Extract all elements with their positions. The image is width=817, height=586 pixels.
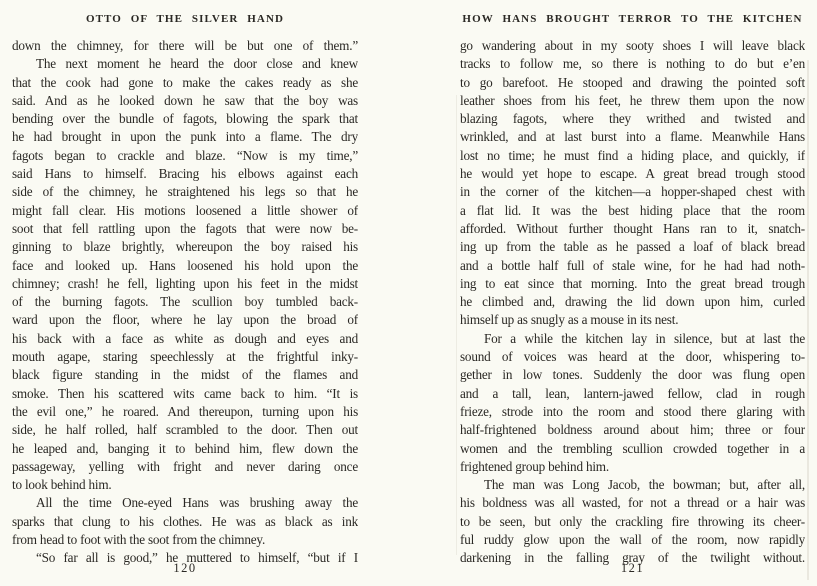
- text-line: in the corner of the kitchen—a hopper-sh…: [460, 183, 805, 201]
- running-header-left: OTTO OF THE SILVER HAND: [12, 13, 358, 25]
- page-number-right: 121: [460, 561, 805, 576]
- text-line: ward upon the floor, where he lay upon t…: [12, 311, 358, 329]
- text-line: blazing fagots, where they writhed and t…: [460, 110, 805, 128]
- text-line: he had brought in upon the punk into a f…: [12, 128, 358, 146]
- text-line: passageway, yelling with fright and neve…: [12, 458, 358, 476]
- text-line: his back with a face as white as dough a…: [12, 330, 358, 348]
- body-text-left: down the chimney, for there will be but …: [12, 37, 358, 568]
- text-line: All the time One-eyed Hans was brushing …: [12, 494, 358, 512]
- text-line: and a bottle half full of stale wine, fo…: [460, 257, 805, 275]
- text-line: lost no time; he must find a hiding plac…: [460, 147, 805, 165]
- text-line: The next moment he heard the door close …: [12, 55, 358, 73]
- text-line: women and the trembling scullion crowded…: [460, 440, 805, 458]
- text-line: afforded. Without further thought Hans r…: [460, 220, 805, 238]
- text-line: soot that fell rattling upon the fagots …: [12, 220, 358, 238]
- text-line: smoke. Then his scattered wits came back…: [12, 385, 358, 403]
- running-header-right: HOW HANS BROUGHT TERROR TO THE KITCHEN: [460, 13, 805, 25]
- text-line: sparks that clung to his clothes. He was…: [12, 513, 358, 531]
- text-line: of the burning fagots. The scullion boy …: [12, 293, 358, 311]
- text-line: mouth agape, staring speechlessly at the…: [12, 348, 358, 366]
- page-edge-shadow: [807, 60, 809, 580]
- book-spread: OTTO OF THE SILVER HAND down the chimney…: [0, 0, 817, 586]
- left-page: OTTO OF THE SILVER HAND down the chimney…: [0, 0, 408, 586]
- text-line: half-frightened boldness around about hi…: [460, 421, 805, 439]
- text-line: that the cook had gone to make the cakes…: [12, 74, 358, 92]
- text-line: the evil one,” he roared. And thereupon,…: [12, 403, 358, 421]
- text-line: go wandering about in my sooty shoes I w…: [460, 37, 805, 55]
- gutter-shadow: [456, 95, 457, 555]
- text-line: he would yet hope to escape. A great bre…: [460, 165, 805, 183]
- text-line: he climbed and, drawing the lid down upo…: [460, 293, 805, 311]
- text-line: side, he half rolled, half scrambled to …: [12, 421, 358, 439]
- text-line: tracks to follow me, so there is nothing…: [460, 55, 805, 73]
- text-line: from head to foot with the soot from the…: [12, 531, 358, 549]
- text-line: frightened group behind him.: [460, 458, 805, 476]
- text-line: ful ruddy glow upon the wall of the room…: [460, 531, 805, 549]
- text-line: ginning to blaze brightly, whereupon the…: [12, 238, 358, 256]
- text-line: ing to eat since that morning. Into the …: [460, 275, 805, 293]
- text-line: himself up as snugly as a mouse in its n…: [460, 311, 805, 329]
- text-line: fagots began to crackle and blaze. “Now …: [12, 147, 358, 165]
- text-line: wrinkled, and at last burst into a flame…: [460, 128, 805, 146]
- text-line: and a tall, lean, lantern-jawed fellow, …: [460, 385, 805, 403]
- right-page: HOW HANS BROUGHT TERROR TO THE KITCHEN g…: [408, 0, 817, 586]
- text-line: bending over the bundle of fagots, blowi…: [12, 110, 358, 128]
- text-line: The man was Long Jacob, the bowman; but,…: [460, 476, 805, 494]
- text-line: chimney; crash! he fell, lighting upon h…: [12, 275, 358, 293]
- text-line: his boldness was all wasted, for not a t…: [460, 494, 805, 512]
- body-text-right: go wandering about in my sooty shoes I w…: [460, 37, 805, 568]
- text-line: to be seen, but only the crackling fire …: [460, 513, 805, 531]
- text-line: leather shoes from his feet, he threw th…: [460, 92, 805, 110]
- text-line: to go barefoot. He stooped and drawing t…: [460, 74, 805, 92]
- text-line: said. And as he looked down he saw that …: [12, 92, 358, 110]
- page-number-left: 120: [12, 561, 358, 576]
- text-line: black figure standing in the midst of th…: [12, 366, 358, 384]
- text-line: side of the chimney, he straightened his…: [12, 183, 358, 201]
- text-line: said Hans to himself. Bracing his elbows…: [12, 165, 358, 183]
- text-line: For a while the kitchen lay in silence, …: [460, 330, 805, 348]
- text-line: gether in low tones. Suddenly the door w…: [460, 366, 805, 384]
- text-line: might fall clear. His motions loosened a…: [12, 202, 358, 220]
- text-line: sound of voices was heard at the door, w…: [460, 348, 805, 366]
- text-line: down the chimney, for there will be but …: [12, 37, 358, 55]
- text-line: a flat lid. It was the best hiding place…: [460, 202, 805, 220]
- text-line: frieze, strode into the room and stood t…: [460, 403, 805, 421]
- text-line: to look behind him.: [12, 476, 358, 494]
- text-line: face and looked up. Hans loosened his ho…: [12, 257, 358, 275]
- text-line: ing up from the table as he passed a loa…: [460, 238, 805, 256]
- text-line: he leaped and, banging it to behind him,…: [12, 440, 358, 458]
